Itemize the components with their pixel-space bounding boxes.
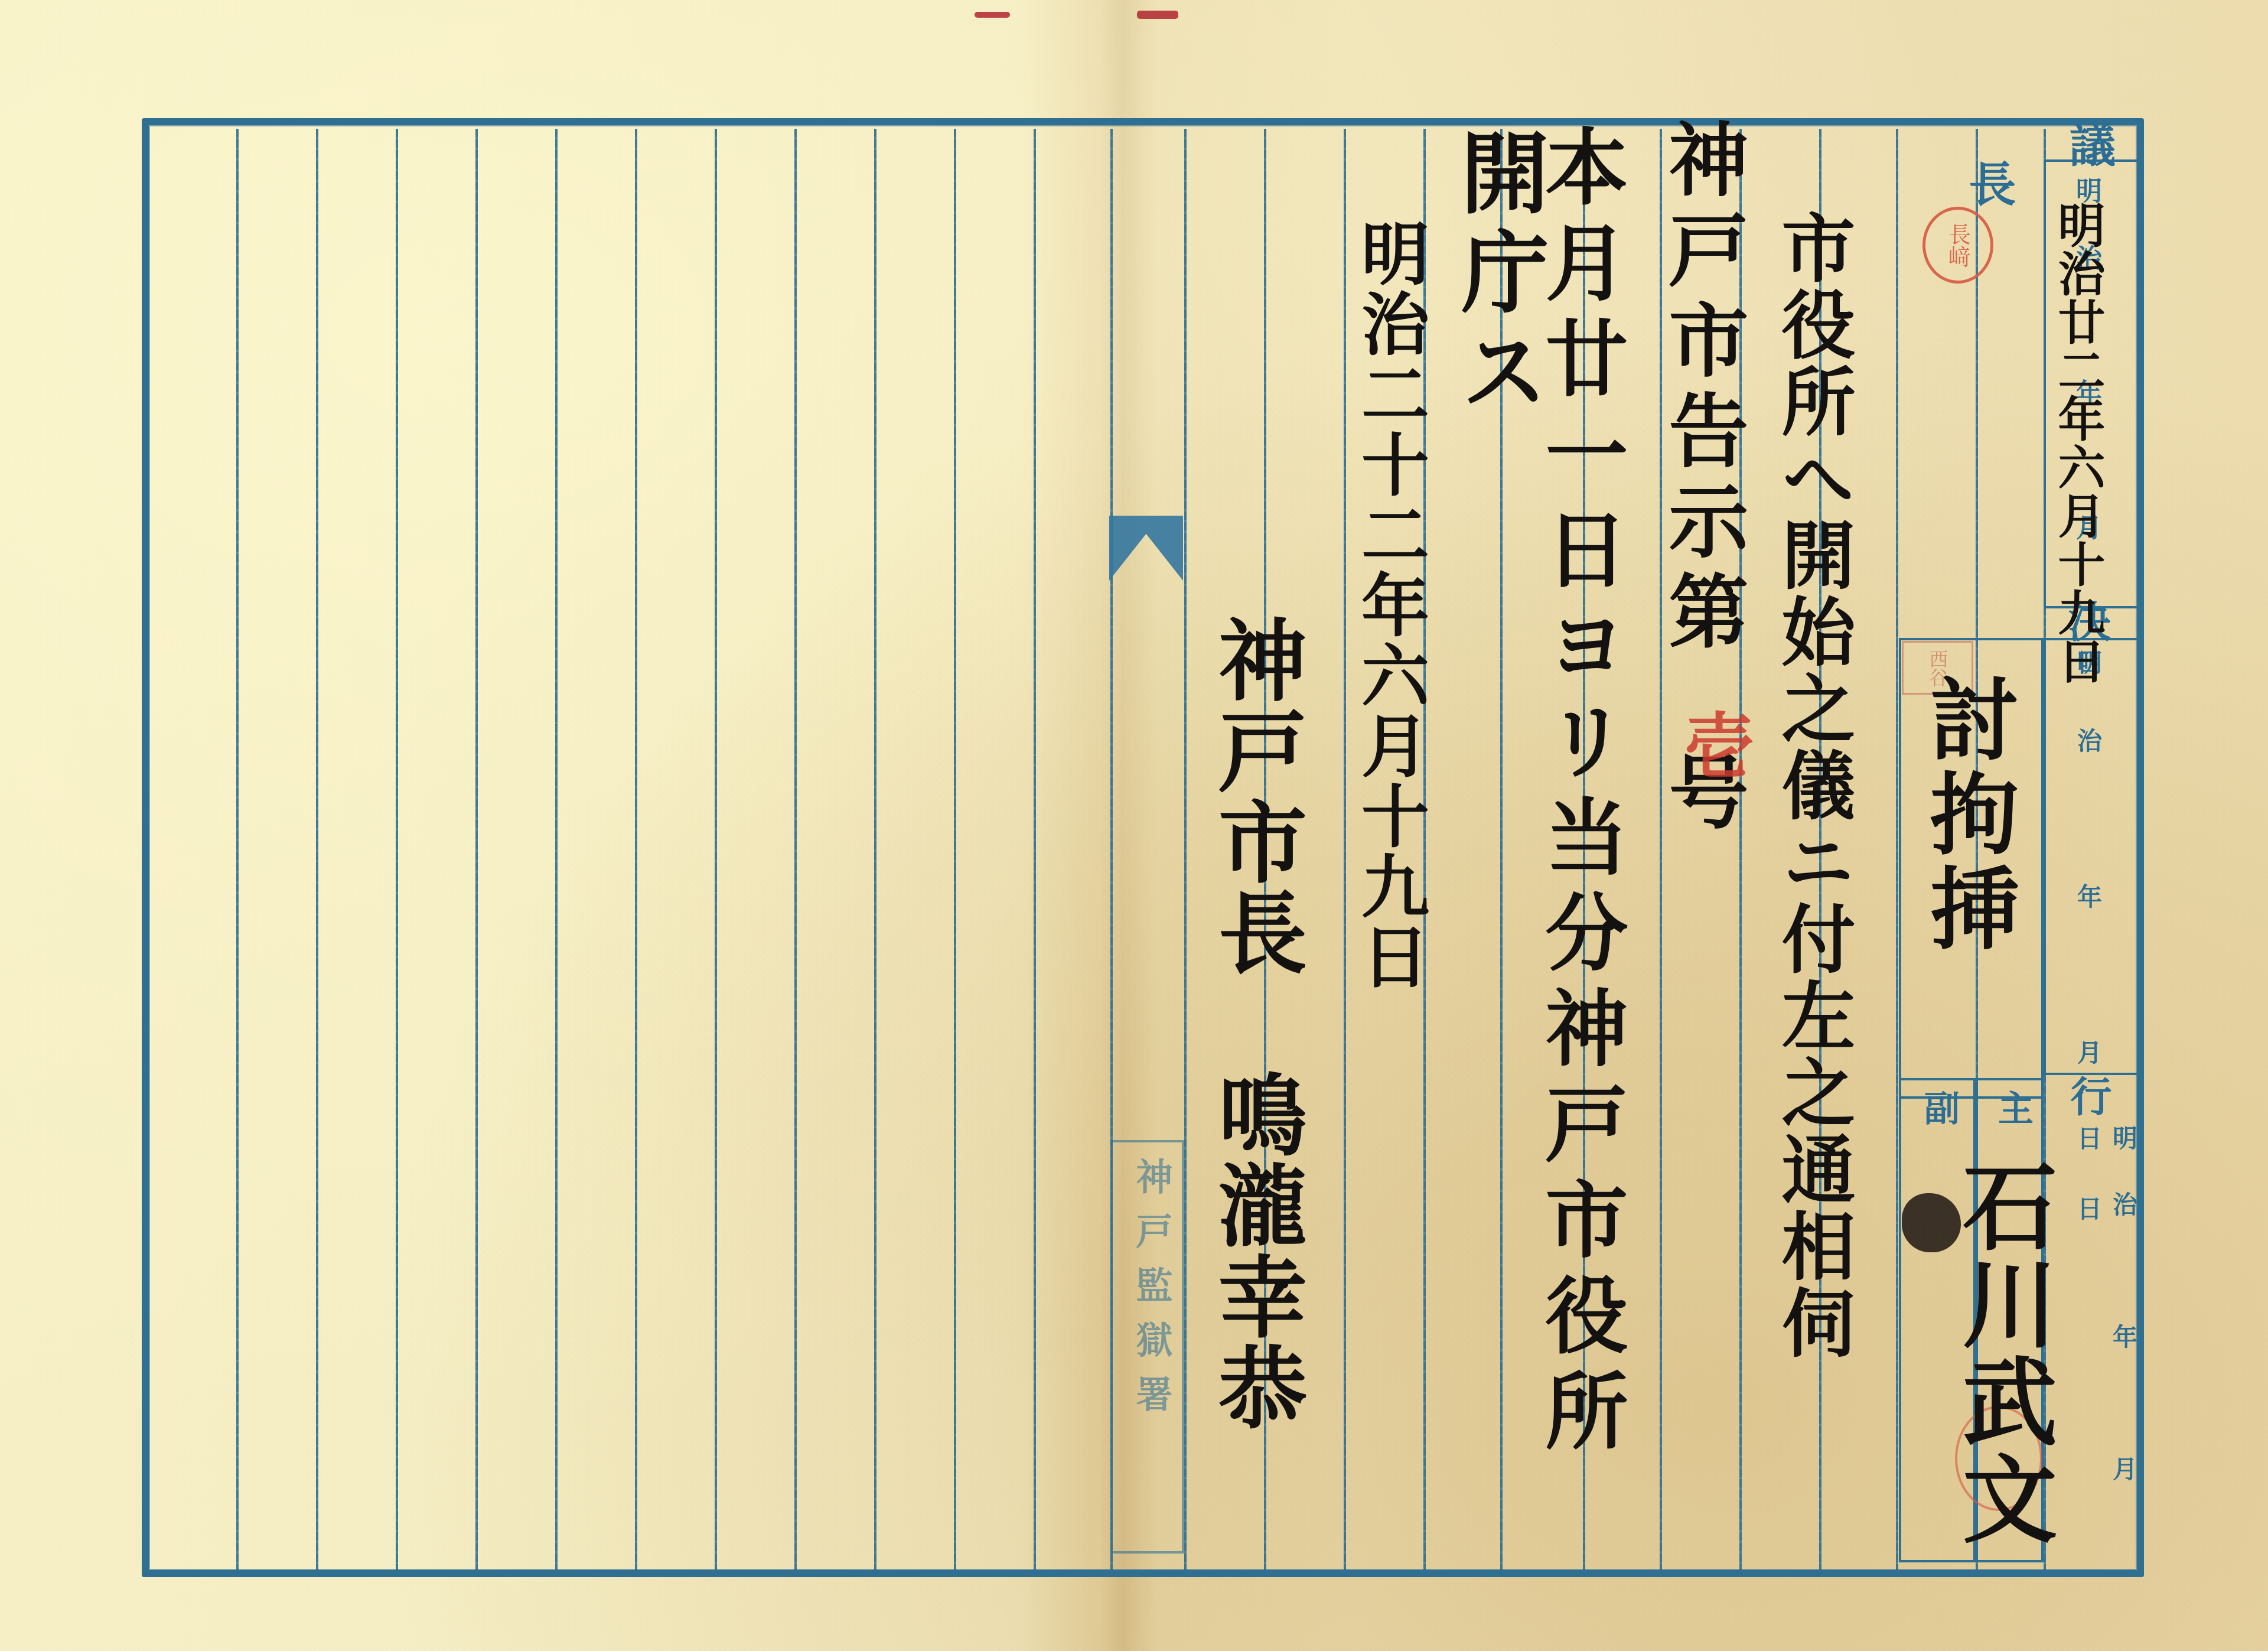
ruled-line	[954, 129, 956, 1570]
date-column: 明治二十二年六月十九日	[1355, 219, 1423, 992]
top-red-mark-left	[975, 12, 1010, 18]
ruled-line	[1184, 129, 1187, 1570]
ruled-line	[1896, 129, 1898, 1570]
label-fuku: 副	[1914, 1090, 1964, 1131]
ruled-line	[236, 129, 239, 1570]
ruled-line	[794, 129, 797, 1570]
ruled-line	[316, 129, 318, 1570]
label-shu: 主	[1987, 1090, 2038, 1131]
body-column-4: 開庁ス	[1453, 127, 1542, 425]
ruled-line	[396, 129, 398, 1570]
label-ko: 行	[2058, 1075, 2118, 1122]
ruled-line	[475, 129, 478, 1570]
handwritten-shu-name: 石川武文	[1955, 1158, 2049, 1548]
ruled-line	[635, 129, 637, 1570]
handwritten-subject: 討拘挿	[1922, 673, 2011, 957]
label-cho: 長	[1955, 159, 2023, 213]
ruled-line	[874, 129, 876, 1570]
ruled-line	[555, 129, 558, 1570]
top-red-mark-right	[1137, 11, 1178, 19]
body-column-1: 市役所へ開始之儀ニ付左之通相伺	[1775, 210, 1849, 1362]
mayor-signature-column: 神戸市長 鳴瀧幸恭	[1211, 614, 1299, 1433]
handwritten-gi-date: 明治廿二年六月十九日	[2054, 201, 2101, 685]
ruled-line	[1344, 129, 1346, 1570]
ruled-line	[715, 129, 717, 1570]
spine-label-kobe-prison: 神戸監獄署	[1125, 1158, 1178, 1429]
ruled-line	[1034, 129, 1036, 1570]
label-ko-meiji-date: 明治 年 月 日	[2070, 1125, 2141, 1651]
body-column-3: 本月廿一日ヨリ当分神戸市役所	[1539, 124, 1621, 1464]
red-annotation: 壱	[1663, 709, 1764, 780]
label-gi: 議	[2055, 121, 2122, 173]
chief-seal: 長﨑	[1922, 207, 1993, 284]
